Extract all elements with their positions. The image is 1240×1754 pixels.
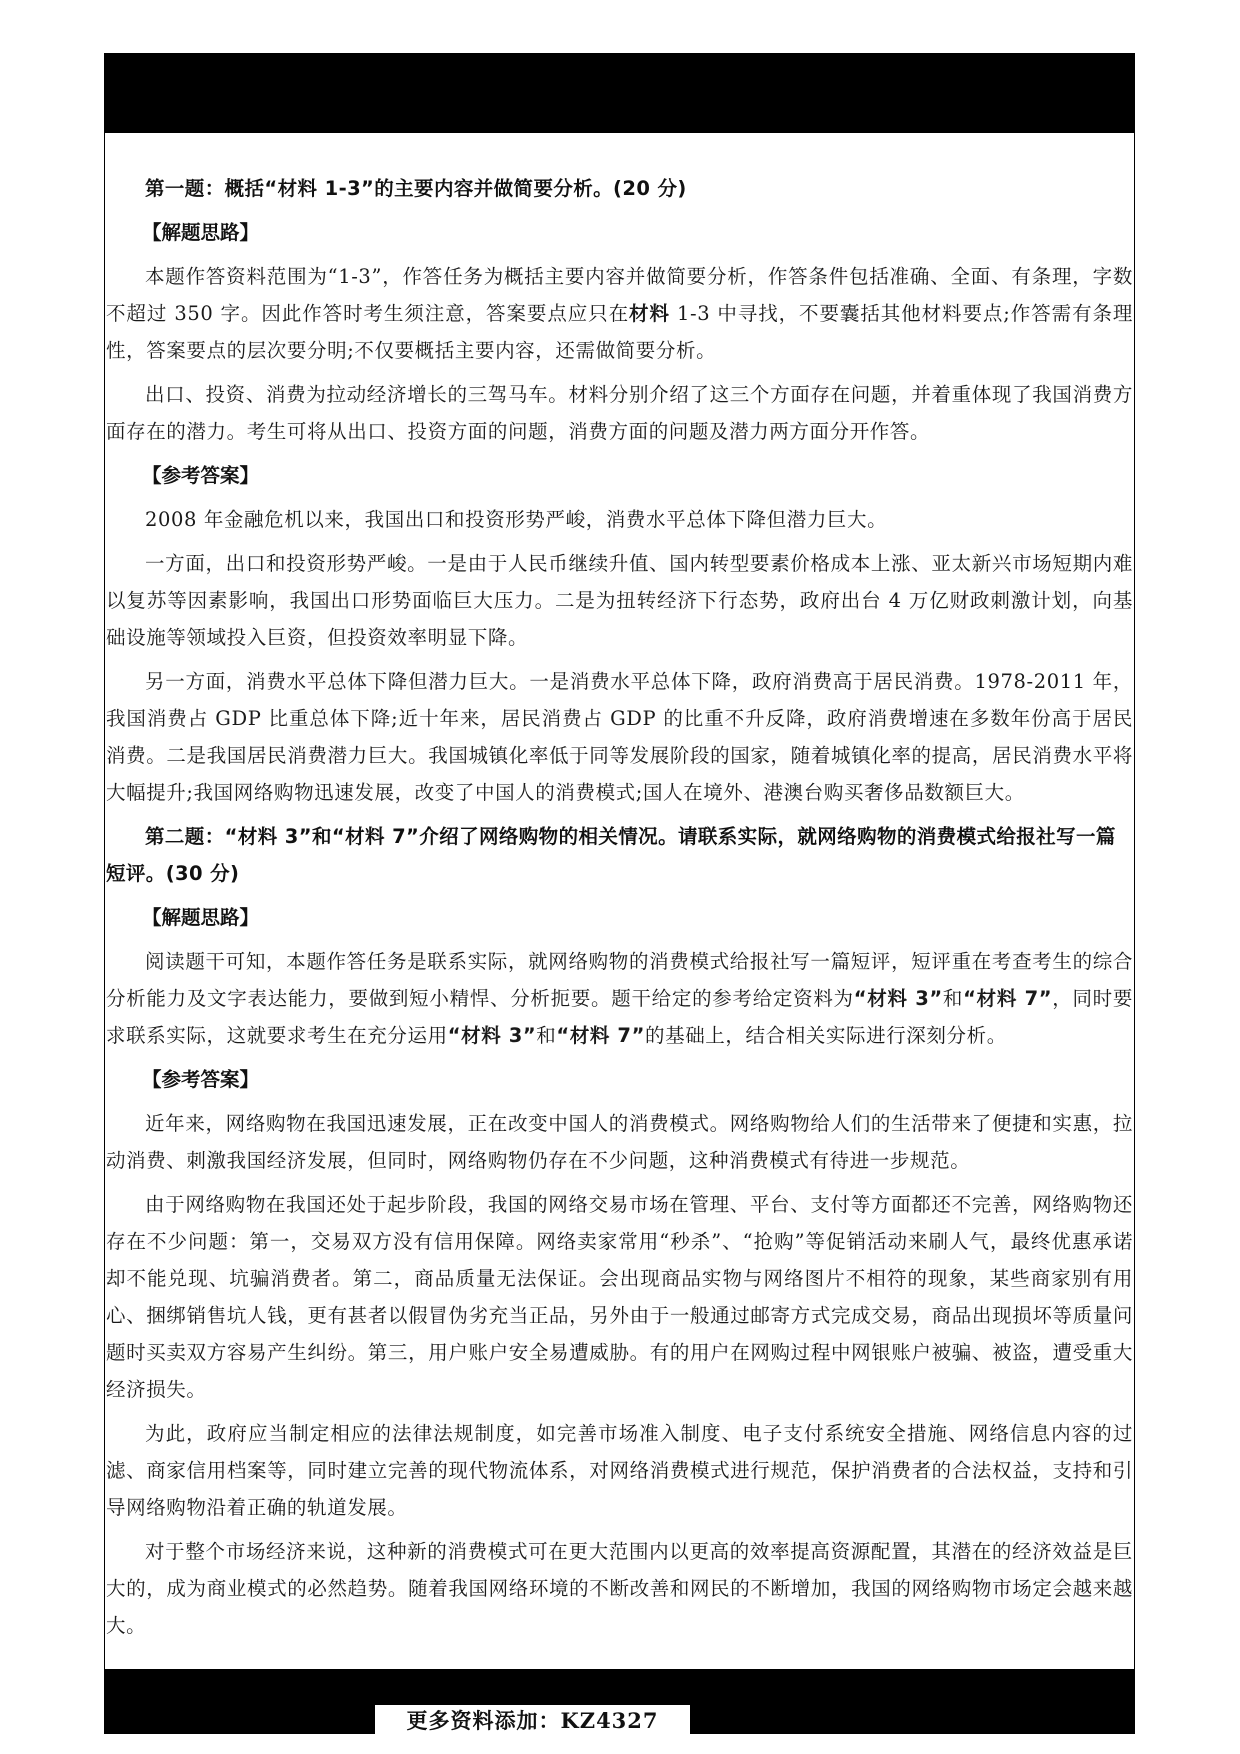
emphasis-text: “材料 7” — [556, 1024, 645, 1047]
question-1-answer-paragraph-1: 2008 年金融危机以来，我国出口和投资形势严峻，消费水平总体下降但潜力巨大。 — [106, 501, 1133, 538]
emphasis-text: “材料 3” — [448, 1024, 537, 1047]
question-1-title: 第一题：概括“材料 1-3”的主要内容并做简要分析。(20 分) — [106, 170, 1133, 207]
question-1-answer-label: 【参考答案】 — [106, 457, 1133, 494]
question-2-answer-paragraph-3: 为此，政府应当制定相应的法律法规制度，如完善市场准入制度、电子支付系统安全措施、… — [106, 1415, 1133, 1526]
question-2-title: 第二题：“材料 3”和“材料 7”介绍了网络购物的相关情况。请联系实际，就网络购… — [106, 818, 1133, 892]
question-1-approach-paragraph-2: 出口、投资、消费为拉动经济增长的三驾马车。材料分别介绍了这三个方面存在问题，并着… — [106, 376, 1133, 450]
text-span: 和 — [536, 1024, 556, 1047]
question-1-answer-paragraph-2: 一方面，出口和投资形势严峻。一是由于人民币继续升值、国内转型要素价格成本上涨、亚… — [106, 545, 1133, 656]
document-content: 第一题：概括“材料 1-3”的主要内容并做简要分析。(20 分) 【解题思路】 … — [106, 170, 1133, 1651]
question-1-approach-paragraph-1: 本题作答资料范围为“1-3”，作答任务为概括主要内容并做简要分析，作答条件包括准… — [106, 258, 1133, 369]
emphasis-text: “材料 7” — [963, 987, 1052, 1010]
emphasis-text: 材料 — [629, 302, 670, 325]
question-2-approach-paragraph-1: 阅读题干可知，本题作答任务是联系实际，就网络购物的消费模式给报社写一篇短评，短评… — [106, 943, 1133, 1054]
text-span: 的基础上，结合相关实际进行深刻分析。 — [645, 1024, 1007, 1047]
footer-contact-label: 更多资料添加：KZ4327 — [375, 1705, 690, 1734]
question-1-approach-label: 【解题思路】 — [106, 214, 1133, 251]
question-2-answer-label: 【参考答案】 — [106, 1061, 1133, 1098]
header-redaction-bar — [104, 53, 1135, 133]
question-2-answer-paragraph-2: 由于网络购物在我国还处于起步阶段，我国的网络交易市场在管理、平台、支付等方面都还… — [106, 1186, 1133, 1408]
question-1-answer-paragraph-3: 另一方面，消费水平总体下降但潜力巨大。一是消费水平总体下降，政府消费高于居民消费… — [106, 663, 1133, 811]
emphasis-text: “材料 3” — [854, 987, 943, 1010]
question-2-answer-paragraph-4: 对于整个市场经济来说，这种新的消费模式可在更大范围内以更高的效率提高资源配置，其… — [106, 1533, 1133, 1644]
question-2-approach-label: 【解题思路】 — [106, 899, 1133, 936]
question-2-answer-paragraph-1: 近年来，网络购物在我国迅速发展，正在改变中国人的消费模式。网络购物给人们的生活带… — [106, 1105, 1133, 1179]
text-span: 和 — [943, 987, 963, 1010]
